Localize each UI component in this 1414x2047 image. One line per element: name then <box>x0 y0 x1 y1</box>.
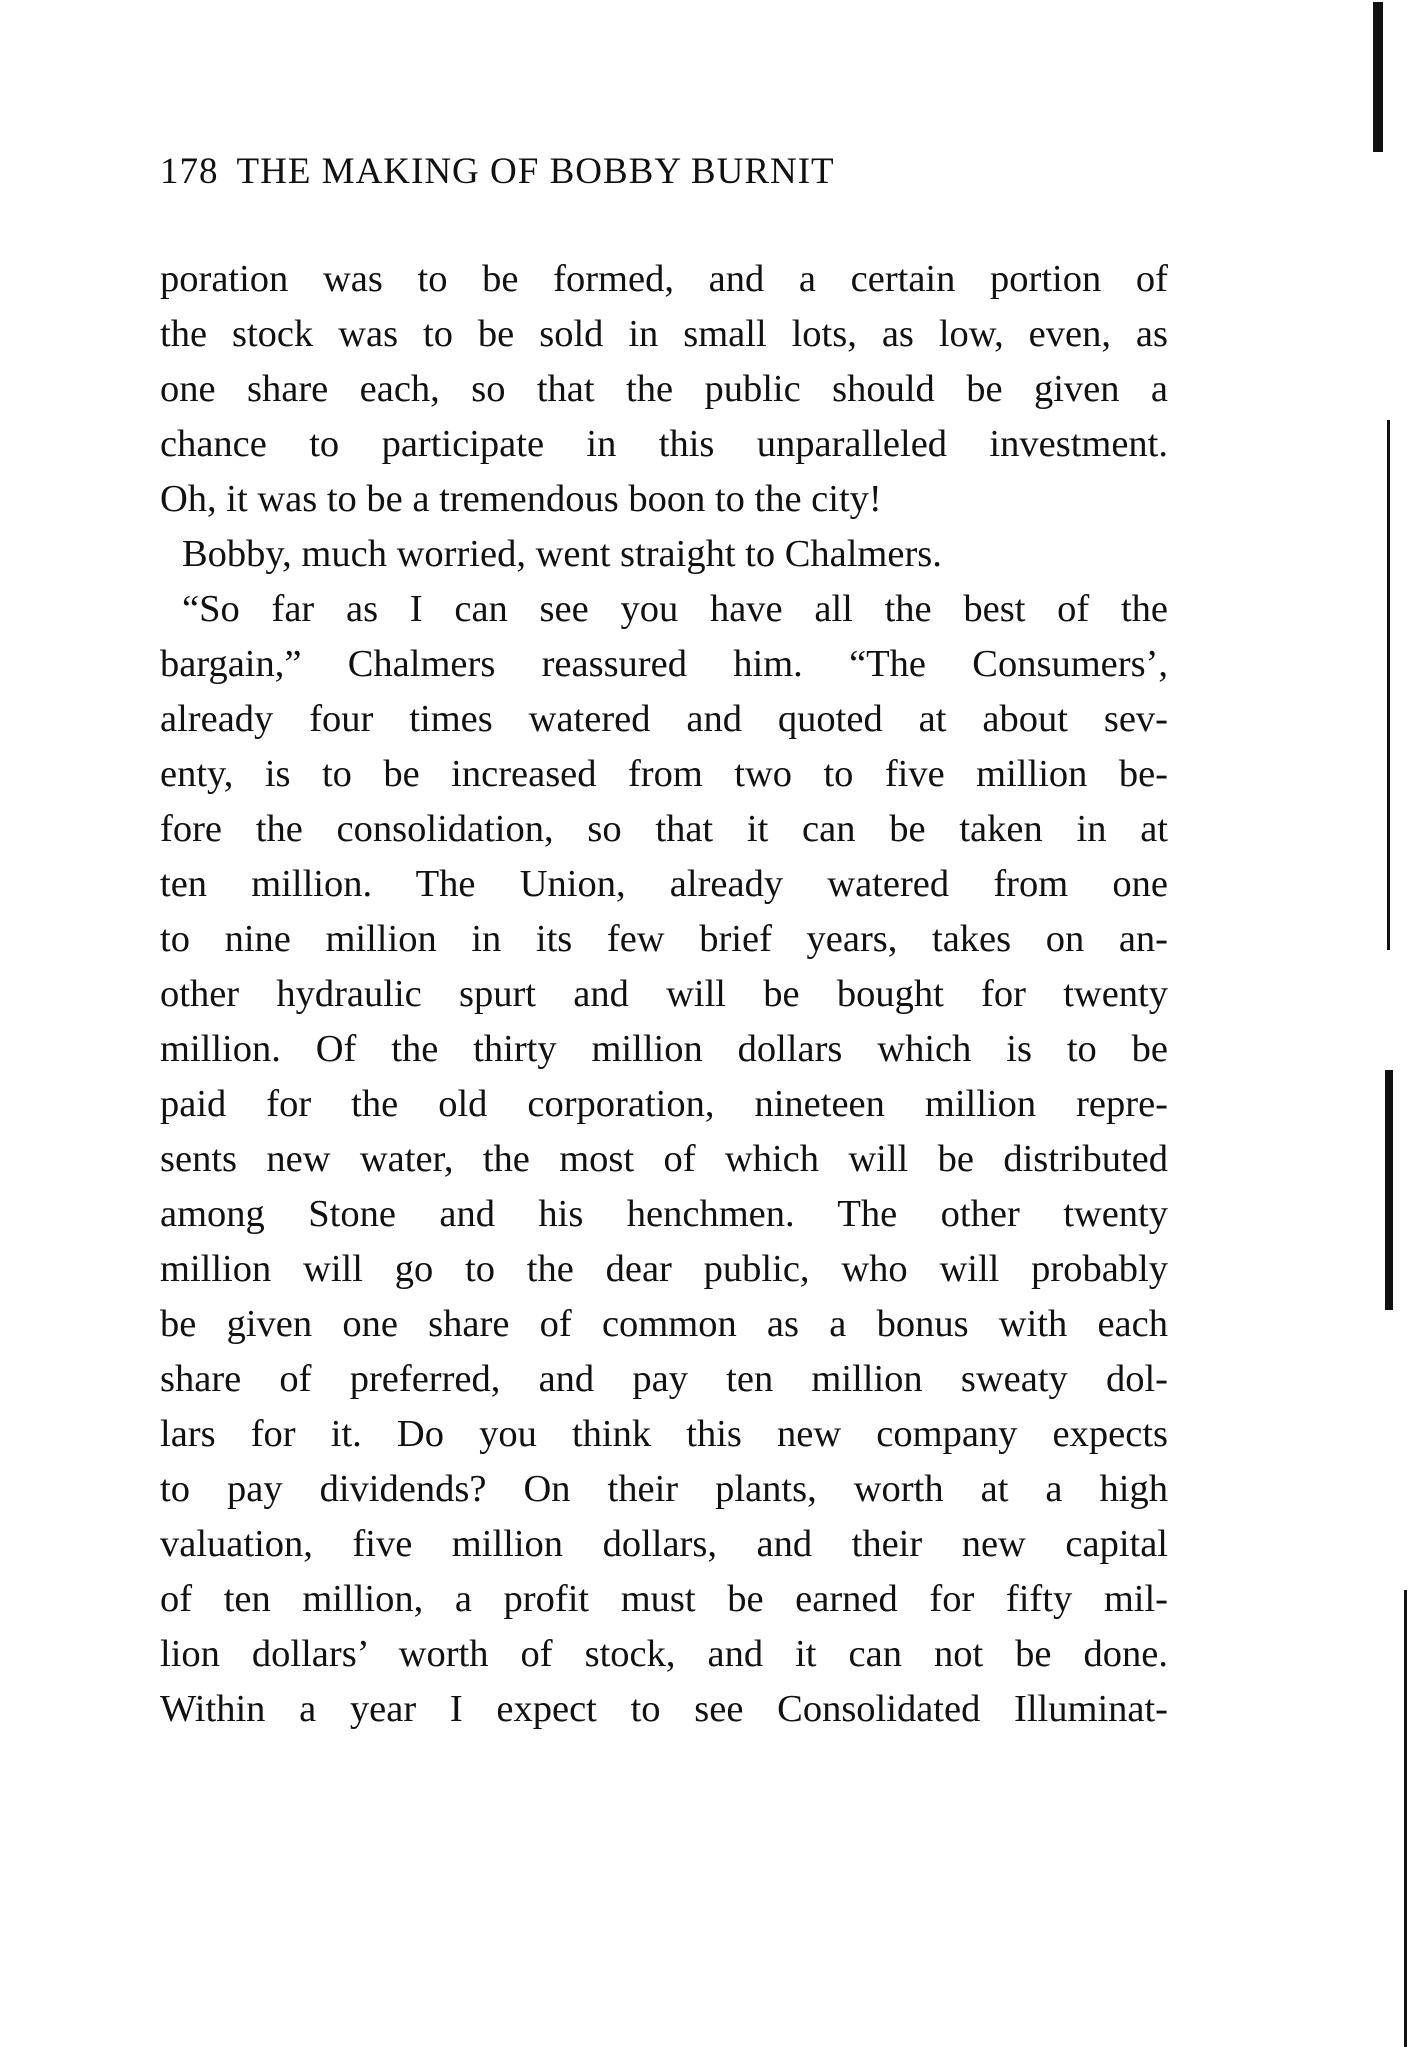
text-line: the stock was to be sold in small lots, … <box>160 307 1168 362</box>
page-number: 178 <box>160 151 219 192</box>
text-line: valuation, five million dollars, and the… <box>160 1517 1168 1572</box>
running-title: THE MAKING OF BOBBY BURNIT <box>237 151 835 192</box>
book-page: 178THE MAKING OF BOBBY BURNIT poration w… <box>0 0 1414 2047</box>
text-line: million. Of the thirty million dollars w… <box>160 1022 1168 1077</box>
text-line: enty, is to be increased from two to fiv… <box>160 747 1168 802</box>
text-line: to nine million in its few brief years, … <box>160 912 1168 967</box>
text-line: lion dollars’ worth of stock, and it can… <box>160 1627 1168 1682</box>
running-head: 178THE MAKING OF BOBBY BURNIT <box>160 150 1170 194</box>
text-line: Oh, it was to be a tremendous boon to th… <box>160 472 1168 527</box>
text-line: fore the consolidation, so that it can b… <box>160 802 1168 857</box>
text-line: Bobby, much worried, went straight to Ch… <box>160 527 1168 582</box>
text-line: of ten million, a profit must be earned … <box>160 1572 1168 1627</box>
scan-edge-mark <box>1404 1590 1407 2047</box>
text-line: poration was to be formed, and a certain… <box>160 252 1168 307</box>
text-line: “So far as I can see you have all the be… <box>160 582 1168 637</box>
text-line: be given one share of common as a bonus … <box>160 1297 1168 1352</box>
text-line: million will go to the dear public, who … <box>160 1242 1168 1297</box>
text-line: bargain,” Chalmers reassured him. “The C… <box>160 637 1168 692</box>
text-line: lars for it. Do you think this new compa… <box>160 1407 1168 1462</box>
text-line: paid for the old corporation, nineteen m… <box>160 1077 1168 1132</box>
text-line: one share each, so that the public shoul… <box>160 362 1168 417</box>
text-line: share of preferred, and pay ten million … <box>160 1352 1168 1407</box>
text-line: sents new water, the most of which will … <box>160 1132 1168 1187</box>
scan-edge-mark <box>1373 2 1383 152</box>
text-line: ten million. The Union, already watered … <box>160 857 1168 912</box>
text-line: already four times watered and quoted at… <box>160 692 1168 747</box>
body-text: poration was to be formed, and a certain… <box>160 252 1168 1737</box>
scan-edge-mark <box>1385 1070 1393 1310</box>
text-line: among Stone and his henchmen. The other … <box>160 1187 1168 1242</box>
text-line: Within a year I expect to see Consolidat… <box>160 1682 1168 1737</box>
text-line: chance to participate in this unparallel… <box>160 417 1168 472</box>
scan-edge-mark <box>1387 420 1390 950</box>
text-line: other hydraulic spurt and will be bought… <box>160 967 1168 1022</box>
text-line: to pay dividends? On their plants, worth… <box>160 1462 1168 1517</box>
